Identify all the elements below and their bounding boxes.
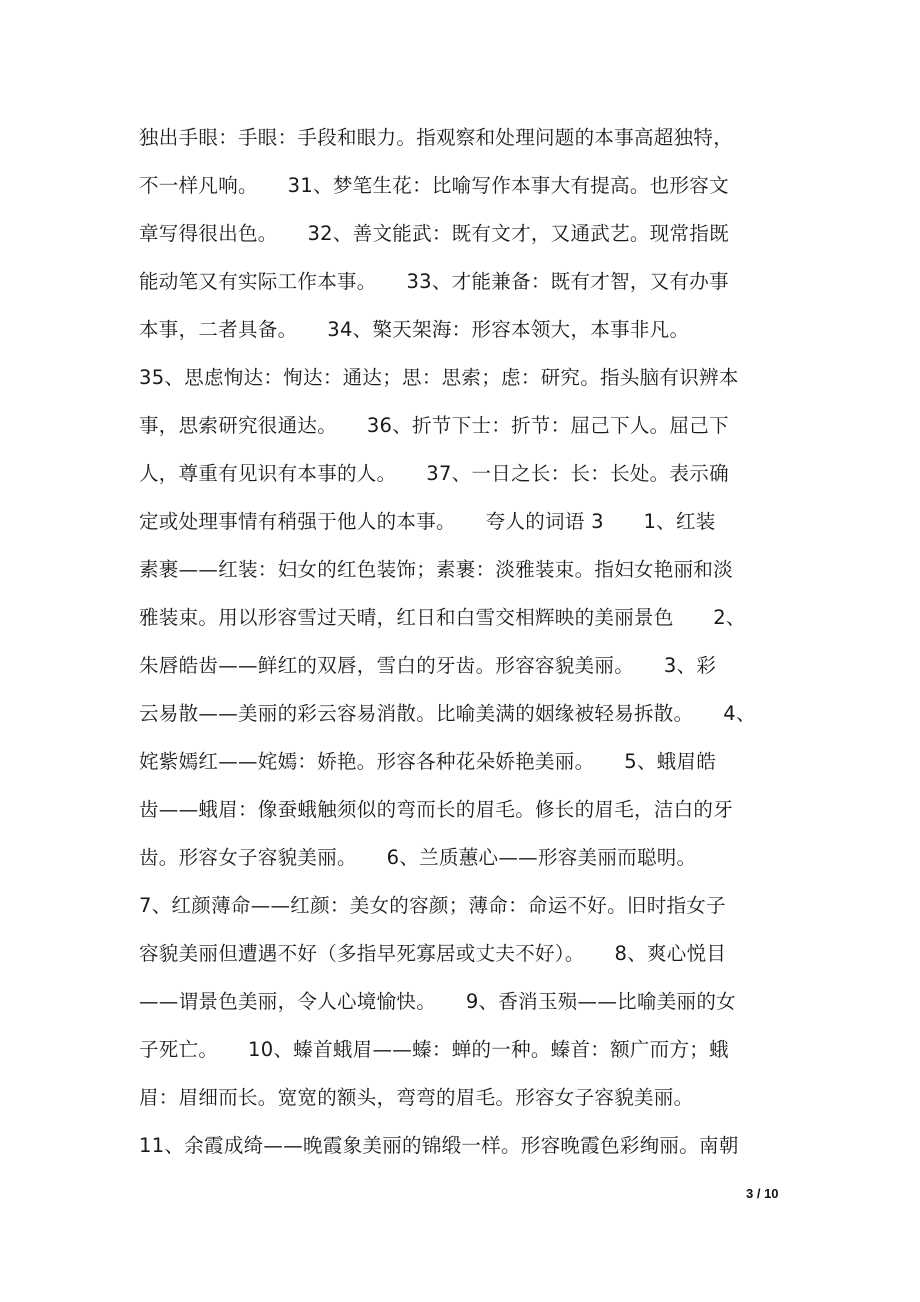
text-line: 素裹——红装：妇女的红色装饰；素裹：淡雅装束。指妇女艳丽和淡 — [139, 546, 799, 594]
text-line: 雅装束。用以形容雪过天晴，红日和白雪交相辉映的美丽景色 2、 — [139, 594, 799, 642]
text-line: 不一样凡响。 31、梦笔生花：比喻写作本事大有提高。也形容文 — [139, 162, 799, 210]
text-line: 7、红颜薄命——红颜：美女的容颜；薄命：命运不好。旧时指女子 — [139, 882, 799, 930]
text-line: 11、余霞成绮——晚霞象美丽的锦缎一样。形容晚霞色彩绚丽。南朝 — [139, 1122, 799, 1170]
page-number: 3 / 10 — [746, 1186, 779, 1201]
text-line: 定或处理事情有稍强于他人的本事。 夸人的词语 3 1、红装 — [139, 498, 799, 546]
text-line: 齿。形容女子容貌美丽。 6、兰质蕙心——形容美丽而聪明。 — [139, 834, 799, 882]
text-line: 人，尊重有见识有本事的人。 37、一日之长：长：长处。表示确 — [139, 450, 799, 498]
text-line: 独出手眼：手眼：手段和眼力。指观察和处理问题的本事高超独特， — [139, 114, 799, 162]
text-line: 容貌美丽但遭遇不好（多指早死寡居或丈夫不好）。 8、爽心悦目 — [139, 930, 799, 978]
text-line: 事，思索研究很通达。 36、折节下士：折节：屈己下人。屈己下 — [139, 402, 799, 450]
text-line: ——谓景色美丽，令人心境愉快。 9、香消玉殒——比喻美丽的女 — [139, 978, 799, 1026]
text-line: 眉：眉细而长。宽宽的额头，弯弯的眉毛。形容女子容貌美丽。 — [139, 1074, 799, 1122]
text-line: 能动笔又有实际工作本事。 33、才能兼备：既有才智，又有办事 — [139, 258, 799, 306]
text-line: 章写得很出色。 32、善文能武：既有文才，又通武艺。现常指既 — [139, 210, 799, 258]
text-line: 齿——蛾眉：像蚕蛾触须似的弯而长的眉毛。修长的眉毛，洁白的牙 — [139, 786, 799, 834]
text-line: 子死亡。 10、螓首蛾眉——螓：蝉的一种。螓首：额广而方；蛾 — [139, 1026, 799, 1074]
body-text: 独出手眼：手眼：手段和眼力。指观察和处理问题的本事高超独特， 不一样凡响。 31… — [139, 114, 799, 1170]
text-line: 35、思虑恂达：恂达：通达；思：思索；虑：研究。指头脑有识辨本 — [139, 354, 799, 402]
text-line: 姹紫嫣红——姹嫣：娇艳。形容各种花朵娇艳美丽。 5、蛾眉皓 — [139, 738, 799, 786]
text-line: 本事，二者具备。 34、檠天架海：形容本领大，本事非凡。 — [139, 306, 799, 354]
text-line: 朱唇皓齿——鲜红的双唇，雪白的牙齿。形容容貌美丽。 3、彩 — [139, 642, 799, 690]
text-line: 云易散——美丽的彩云容易消散。比喻美满的姻缘被轻易拆散。 4、 — [139, 690, 799, 738]
document-page: 独出手眼：手眼：手段和眼力。指观察和处理问题的本事高超独特， 不一样凡响。 31… — [0, 0, 920, 1302]
